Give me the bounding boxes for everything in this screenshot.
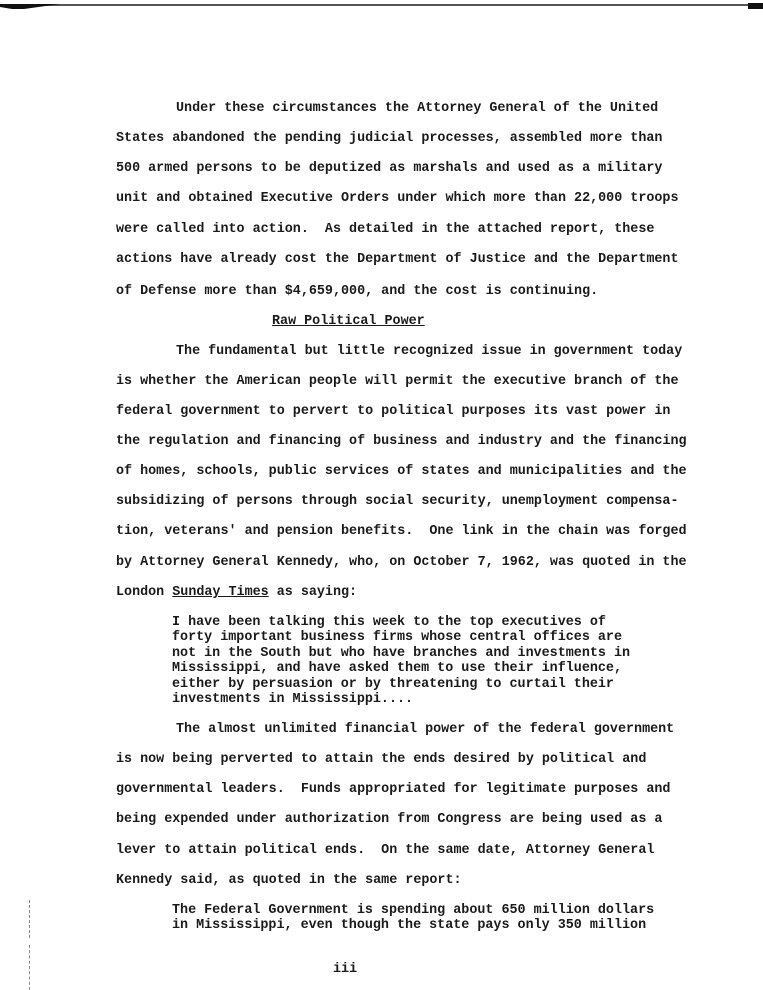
block-quote-line: forty important business firms whose cen… [172,630,622,645]
paragraph-line: is whether the American people will perm… [116,374,679,390]
document-page: Under these circumstances the Attorney G… [0,0,763,990]
paragraph-line: subsidizing of persons through social se… [116,494,679,510]
block-quote-line: Mississippi, and have asked them to use … [172,661,622,676]
block-quote-line: investments in Mississippi.... [172,692,413,707]
paragraph-line: 500 armed persons to be deputized as mar… [116,161,662,177]
paragraph-line: lever to attain political ends. On the s… [116,843,654,859]
text: London [116,585,172,600]
scan-margin-mark [29,945,31,990]
paragraph-line: of homes, schools, public services of st… [116,464,687,480]
paragraph-line: the regulation and financing of business… [116,434,687,450]
paragraph-line: The fundamental but little recognized is… [176,344,682,360]
paragraph-line: tion, veterans' and pension benefits. On… [116,524,687,540]
block-quote-line: in Mississippi, even though the state pa… [172,918,646,933]
paragraph-line: Kennedy said, as quoted in the same repo… [116,873,462,889]
block-quote-line: not in the South but who have branches a… [172,646,630,661]
paragraph-line: The almost unlimited financial power of … [176,722,674,738]
publication-title: Sunday Times [172,585,268,600]
scan-top-edge [0,4,763,6]
paragraph-line: States abandoned the pending judicial pr… [116,131,662,147]
paragraph-line: Under these circumstances the Attorney G… [176,101,658,117]
section-heading: Raw Political Power [272,314,425,330]
scan-margin-mark [29,900,31,938]
paragraph-line: federal government to pervert to politic… [116,404,670,420]
paragraph-line: being expended under authorization from … [116,812,662,828]
paragraph-line: of Defense more than $4,659,000, and the… [116,284,598,300]
scan-top-edge-mark-left [0,4,60,9]
paragraph-line: were called into action. As detailed in … [116,222,654,238]
paragraph-line: London Sunday Times as saying: [116,585,357,601]
block-quote-line: either by persuasion or by threatening t… [172,677,614,692]
page-number: iii [333,962,357,977]
paragraph-line: actions have already cost the Department… [116,252,679,268]
paragraph-line: by Attorney General Kennedy, who, on Oct… [116,555,687,571]
paragraph-line: is now being perverted to attain the end… [116,752,646,768]
text: as saying: [269,585,357,600]
block-quote-line: The Federal Government is spending about… [172,903,654,918]
block-quote-line: I have been talking this week to the top… [172,615,606,630]
paragraph-line: governmental leaders. Funds appropriated… [116,782,670,798]
scan-top-edge-mark-right [748,3,763,9]
paragraph-line: unit and obtained Executive Orders under… [116,191,679,207]
